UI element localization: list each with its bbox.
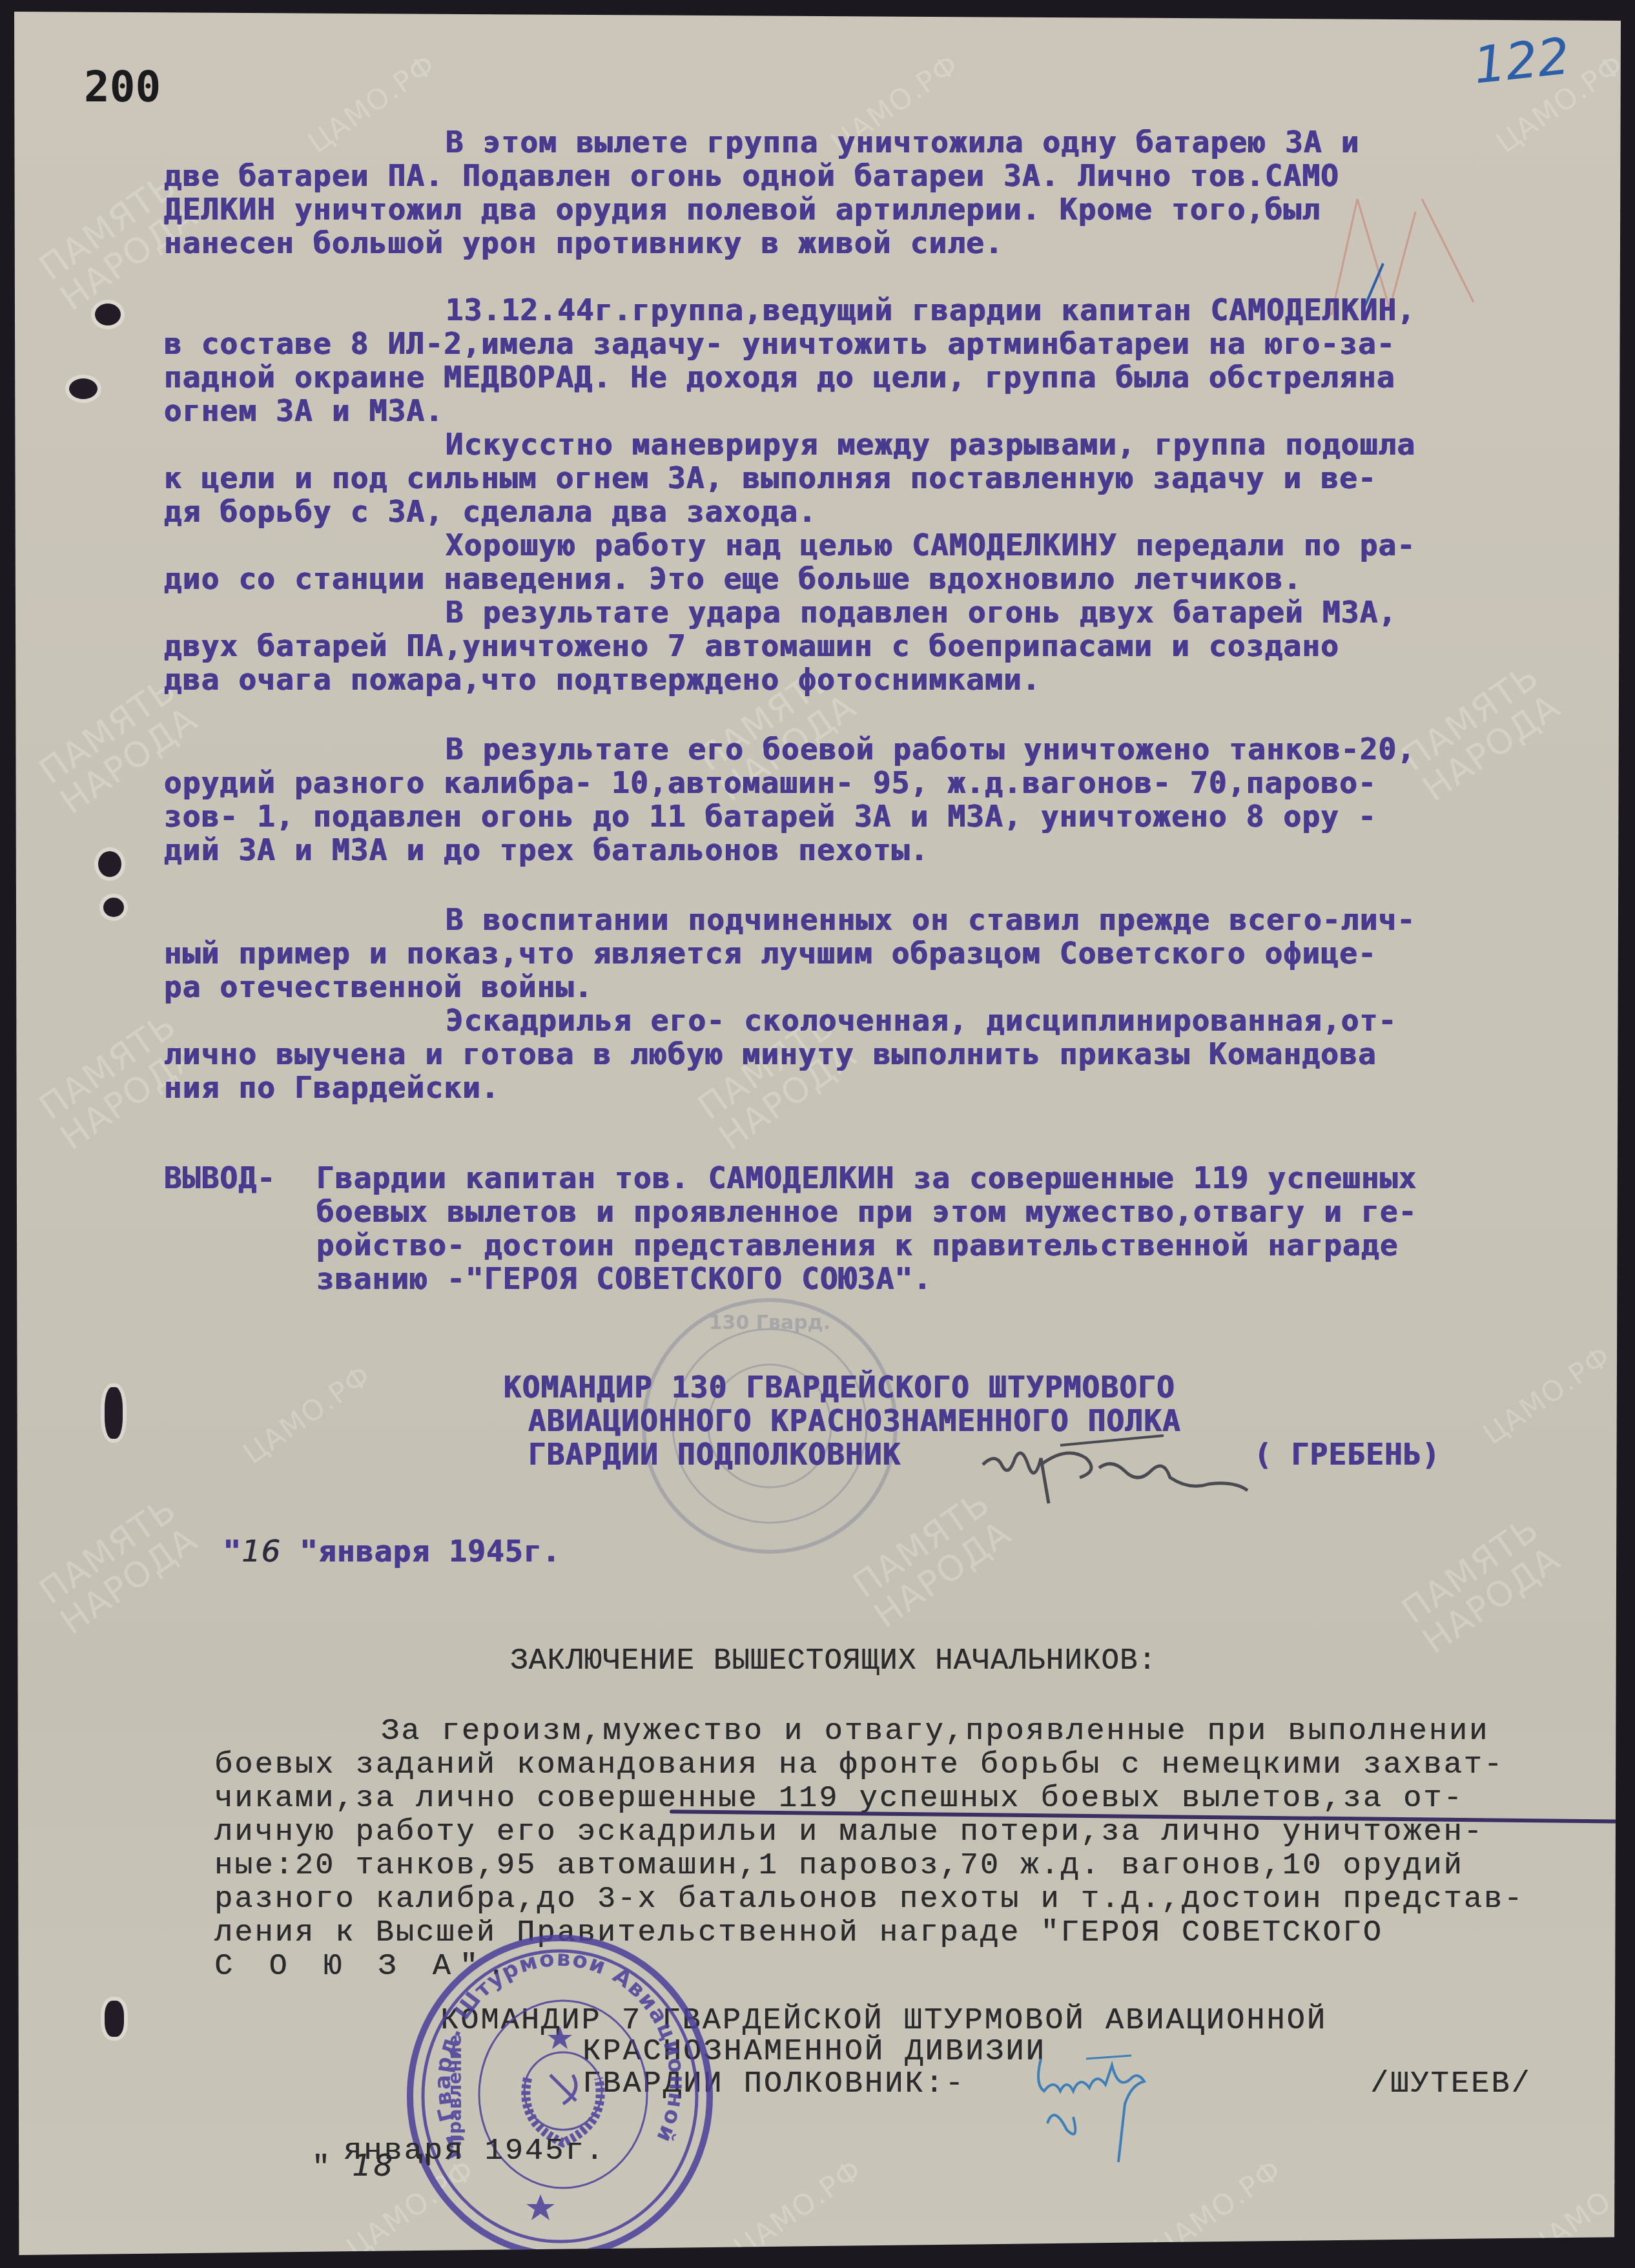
body-line: орудий разного калибра- 10,автомашин- 95… (164, 766, 1377, 799)
division-date-month-year: января 1945г. (344, 2135, 606, 2169)
body-line: ния по Гвардейски. (164, 1071, 500, 1104)
body-line: дий ЗА и МЗА и до трех батальонов пехоты… (164, 833, 929, 867)
binding-hole (103, 898, 124, 917)
division-stamp: 7 Гвард. Штурмовой Авиационной Краснозна… (389, 1930, 725, 2265)
body-line: в составе 8 ИЛ-2,имела задачу- уничтожит… (164, 327, 1395, 360)
body-line: В результате удара подавлен огонь двух б… (446, 595, 1397, 629)
superior-conclusion-line: боевых заданий командования на фронте бо… (214, 1749, 1504, 1782)
binding-hole (105, 2001, 124, 2037)
superior-conclusion-line: ные:20 танков,95 автомашин,1 паровоз,70 … (214, 1850, 1464, 1883)
superior-conclusion-line: разного калибра,до 3-х батальонов пехоты… (214, 1883, 1524, 1917)
body-line: Эскадрилья его- сколоченная, дисциплинир… (446, 1004, 1397, 1037)
body-line: две батареи ПА. Подавлен огонь одной бат… (164, 159, 1339, 192)
binding-hole (95, 304, 121, 325)
superior-conclusion-line: личную работу его эскадрильи и малые пот… (214, 1816, 1484, 1850)
conclusion-line: боевых вылетов и проявленное при этом му… (316, 1195, 1417, 1228)
body-line: к цели и под сильным огнем ЗА, выполняя … (164, 461, 1377, 495)
body-line: ный пример и показ,что является лучшим о… (164, 936, 1377, 970)
body-line: В воспитании подчиненных он ставил прежд… (446, 903, 1416, 936)
binding-hole (69, 378, 98, 399)
body-line: падной окраине МЕДВОРАД. Не доходя до це… (164, 360, 1395, 394)
superior-conclusion-heading: ЗАКЛЮЧЕНИЕ ВЫШЕСТОЯЩИХ НАЧАЛЬНИКОВ: (510, 1644, 1157, 1678)
watermark-tsamo: ЦАМО.РФ (1523, 2154, 1635, 2263)
regiment-date: "16 "января 1945г. (149, 1501, 561, 1602)
body-line: В этом вылете группа уничтожила одну бат… (446, 125, 1360, 159)
watermark-tsamo: ЦАМО.РФ (1478, 1341, 1616, 1450)
signature-grebeni (976, 1432, 1286, 1523)
body-line: Искусстно маневрируя между разрывами, гр… (446, 428, 1416, 461)
regiment-commander-title: ГВАРДИИ ПОДПОЛКОВНИК (528, 1438, 901, 1471)
regiment-commander-title: КОМАНДИР 130 ГВАРДЕЙСКОГО ШТУРМОВОГО (504, 1370, 1175, 1404)
watermark-tsamo: ЦАМО.РФ (238, 1360, 376, 1469)
pencil-page-number: 122 (1471, 27, 1572, 95)
svg-text:130 Гвард.: 130 Гвард. (709, 1312, 831, 1334)
body-line: огнем ЗА и МЗА. (164, 394, 444, 428)
watermark-pamyat-naroda: ПАМЯТЬНАРОДА (1396, 657, 1567, 808)
binding-hole (98, 851, 121, 877)
conclusion-label: ВЫВОД- (164, 1161, 276, 1195)
sheet-number: 200 (84, 62, 161, 112)
body-line: ДЕЛКИН уничтожил два орудия полевой арти… (164, 192, 1321, 226)
conclusion-line: ройство- достоин представления к правите… (316, 1228, 1399, 1262)
body-line: нанесен большой урон противнику в живой … (164, 226, 1003, 260)
superior-conclusion-line: За героизм,мужество и отвагу,проявленные… (381, 1715, 1489, 1749)
body-line: дя борьбу с ЗА, сделала два захода. (164, 495, 817, 528)
division-commander-name: /ШУТЕЕВ/ (1370, 2068, 1532, 2101)
body-line: лично выучена и готова в любую минуту вы… (164, 1037, 1377, 1071)
body-line: двух батарей ПА,уничтожено 7 автомашин с… (164, 629, 1339, 663)
watermark-tsamo: ЦАМО.РФ (303, 49, 441, 158)
body-line: ра отечественной войны. (164, 970, 593, 1004)
watermark-pamyat-naroda: ПАМЯТЬНАРОДА (1396, 1510, 1567, 1660)
body-line: дио со станции наведения. Это еще больше… (164, 562, 1302, 595)
body-line: два очага пожара,что подтверждено фотосн… (164, 663, 1041, 696)
conclusion-line: Гвардии капитан тов. САМОДЕЛКИН за совер… (316, 1161, 1417, 1195)
binding-hole (105, 1387, 123, 1439)
document-page: ПАМЯТЬНАРОДА ПАМЯТЬНАРОДА ПАМЯТЬНАРОДА П… (14, 12, 1621, 2255)
body-line: зов- 1, подавлен огонь до 11 батарей ЗА … (164, 799, 1377, 833)
body-line: В результате его боевой работы уничтожен… (446, 732, 1416, 766)
watermark-tsamo: ЦАМО.РФ (729, 2154, 867, 2263)
signature-shuteev (1028, 2046, 1183, 2175)
body-line: 13.12.44г.группа,ведущий гвардии капитан… (446, 293, 1416, 327)
body-line: Хорошую работу над целью САМОДЕЛКИНУ пер… (446, 528, 1416, 562)
